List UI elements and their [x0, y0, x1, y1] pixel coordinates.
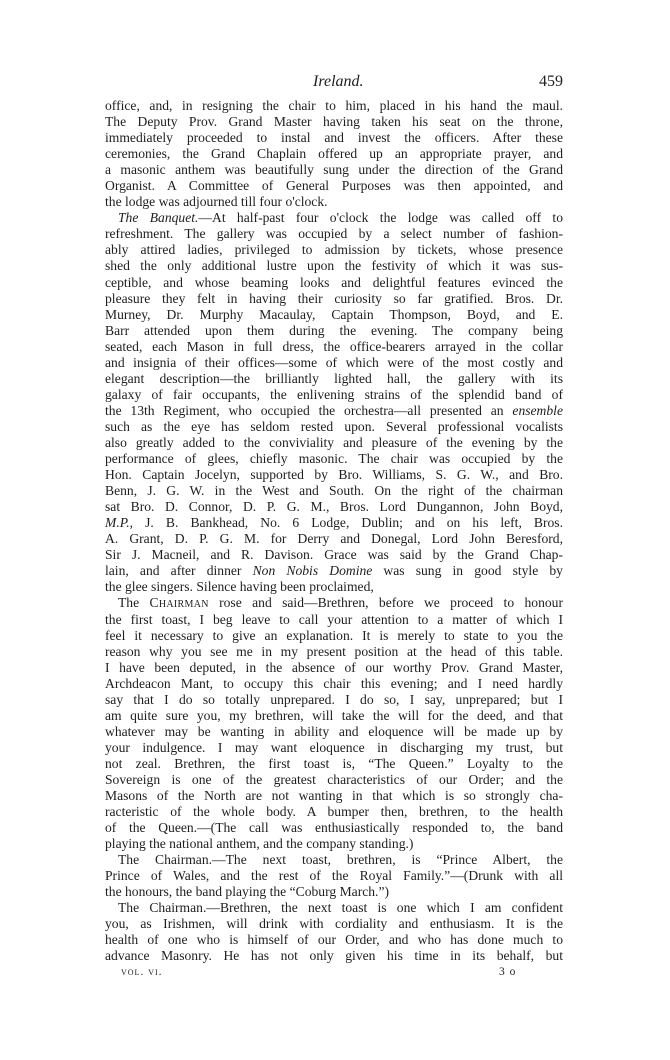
text-line: The Chairman.—Brethren, the next toast i…	[105, 900, 563, 916]
text-segment: shed the only additional lustre upon the…	[105, 258, 563, 273]
text-line: M.P., J. B. Bankhead, No. 6 Lodge, Dubli…	[105, 515, 563, 531]
text-line: performance of glees, chiefly masonic. T…	[105, 451, 563, 467]
text-line: office, and, in resigning the chair to h…	[105, 98, 563, 114]
book-page: Ireland. 459 office, and, in resigning t…	[105, 73, 563, 982]
text-line: the first toast, I beg leave to call you…	[105, 612, 563, 628]
text-line: ceremonies, the Grand Chaplain offered u…	[105, 146, 563, 162]
text-line: also greatly added to the conviviality a…	[105, 435, 563, 451]
text-segment: refreshment. The gallery was occupied by…	[105, 226, 563, 241]
italic-word: ensemble	[512, 403, 563, 418]
text-line: The Deputy Prov. Grand Master having tak…	[105, 114, 563, 130]
text-segment: rose and said—Brethren, before we procee…	[209, 595, 563, 610]
text-line: Sir J. Macneil, and R. Davison. Grace wa…	[105, 547, 563, 563]
text-segment: The Deputy Prov. Grand Master having tak…	[105, 114, 563, 129]
text-line: shed the only additional lustre upon the…	[105, 258, 563, 274]
text-segment: racteristic of the whole body. A bumper …	[105, 804, 563, 819]
page-footer: vol. vi. 3 o	[105, 966, 563, 982]
text-segment: the honours, the band playing the “Cobur…	[105, 884, 389, 899]
text-segment: playing the national anthem, and the com…	[105, 836, 413, 851]
text-segment: Barr attended upon them during the eveni…	[105, 323, 563, 338]
text-line: Murney, Dr. Murphy Macaulay, Captain Tho…	[105, 307, 563, 323]
italic-phrase: Non Nobis Domine	[253, 563, 373, 578]
text-segment: reason why you see me in my present posi…	[105, 644, 563, 659]
text-segment: feel it necessary to give an explanation…	[105, 628, 563, 643]
text-segment: the first toast, I beg leave to call you…	[105, 612, 563, 627]
page-number: 459	[539, 73, 563, 91]
text-segment: am quite sure you, my brethren, will tak…	[105, 708, 563, 723]
text-line: I have been deputed, in the absence of o…	[105, 660, 563, 676]
text-line: the glee singers. Silence having been pr…	[105, 579, 563, 595]
text-line: Sovereign is one of the greatest charact…	[105, 772, 563, 788]
text-segment: health of one who is himself of our Orde…	[105, 932, 563, 947]
text-segment: Benn, J. G. W. in the West and South. On…	[105, 483, 563, 498]
volume-label: vol. vi.	[121, 966, 163, 978]
text-segment: ceremonies, the Grand Chaplain offered u…	[105, 146, 563, 161]
text-line: A. Grant, D. P. G. M. for Derry and Done…	[105, 531, 563, 547]
text-segment: galaxy of fair occupants, the enlivening…	[105, 387, 563, 402]
text-segment: also greatly added to the conviviality a…	[105, 435, 563, 450]
text-segment: Organist. A Committee of General Purpose…	[105, 178, 563, 193]
text-segment: Murney, Dr. Murphy Macaulay, Captain Tho…	[105, 307, 563, 322]
text-segment: The Chairman.—The next toast, brethren, …	[118, 852, 563, 867]
italic-lead: The Banquet.	[118, 210, 198, 225]
text-line: playing the national anthem, and the com…	[105, 836, 563, 852]
text-segment: whatever may be wanting in ability and e…	[105, 724, 563, 739]
text-line: Benn, J. G. W. in the West and South. On…	[105, 483, 563, 499]
text-segment: A. Grant, D. P. G. M. for Derry and Done…	[105, 531, 563, 546]
text-segment: pleasure they felt in having their curio…	[105, 291, 563, 306]
text-line: say that I do so totally unprepared. I d…	[105, 692, 563, 708]
text-line: reason why you see me in my present posi…	[105, 644, 563, 660]
text-line: lain, and after dinner Non Nobis Domine …	[105, 563, 563, 579]
text-line: seated, each Mason in full dress, the of…	[105, 339, 563, 355]
text-segment: of the Queen.—(The call was enthusiastic…	[105, 820, 563, 835]
text-segment: , J. B. Bankhead, No. 6 Lodge, Dublin; a…	[130, 515, 563, 530]
text-segment: —At half-past four o'clock the lodge was…	[198, 210, 563, 225]
text-segment: office, and, in resigning the chair to h…	[105, 98, 563, 113]
text-segment: you, as Irishmen, will drink with cordia…	[105, 916, 563, 931]
text-segment: ably attired ladies, privileged to admis…	[105, 242, 563, 257]
text-line: galaxy of fair occupants, the enlivening…	[105, 387, 563, 403]
text-line: whatever may be wanting in ability and e…	[105, 724, 563, 740]
text-segment: was sung in good style by	[372, 563, 563, 578]
text-segment: a masonic anthem was beautifully sung un…	[105, 162, 563, 177]
text-segment: your indulgence. I may want eloquence in…	[105, 740, 563, 755]
signature-mark: 3 o	[499, 966, 516, 978]
text-line: your indulgence. I may want eloquence in…	[105, 740, 563, 756]
text-line: a masonic anthem was beautifully sung un…	[105, 162, 563, 178]
text-line: pleasure they felt in having their curio…	[105, 291, 563, 307]
text-line: The Chairman rose and said—Brethren, bef…	[105, 595, 563, 611]
text-segment: Sir J. Macneil, and R. Davison. Grace wa…	[105, 547, 563, 562]
text-segment: Hon. Captain Jocelyn, supported by Bro. …	[105, 467, 563, 482]
text-line: and insignia of their offices—some of wh…	[105, 355, 563, 371]
text-line: racteristic of the whole body. A bumper …	[105, 804, 563, 820]
text-segment: advance Masonry. He has not only given h…	[105, 948, 563, 963]
text-line: Organist. A Committee of General Purpose…	[105, 178, 563, 194]
text-line: of the Queen.—(The call was enthusiastic…	[105, 820, 563, 836]
text-line: Prince of Wales, and the rest of the Roy…	[105, 868, 563, 884]
body-text: office, and, in resigning the chair to h…	[105, 98, 563, 965]
text-line: elegant description—the brilliantly ligh…	[105, 371, 563, 387]
text-segment: the glee singers. Silence having been pr…	[105, 579, 374, 594]
text-line: The Chairman.—The next toast, brethren, …	[105, 852, 563, 868]
text-line: ably attired ladies, privileged to admis…	[105, 242, 563, 258]
text-segment: Prince of Wales, and the rest of the Roy…	[105, 868, 563, 883]
text-segment: not zeal. Brethren, the first toast is, …	[105, 756, 563, 771]
text-line: you, as Irishmen, will drink with cordia…	[105, 916, 563, 932]
text-segment: Archdeacon Mant, to occupy this chair th…	[105, 676, 563, 691]
text-line: not zeal. Brethren, the first toast is, …	[105, 756, 563, 772]
text-line: am quite sure you, my brethren, will tak…	[105, 708, 563, 724]
text-segment: elegant description—the brilliantly ligh…	[105, 371, 563, 386]
text-segment: I have been deputed, in the absence of o…	[105, 660, 563, 675]
text-segment: lain, and after dinner	[105, 563, 253, 578]
text-line: The Banquet.—At half-past four o'clock t…	[105, 210, 563, 226]
running-header: Ireland. 459	[105, 73, 563, 95]
text-segment: performance of glees, chiefly masonic. T…	[105, 451, 563, 466]
text-line: Archdeacon Mant, to occupy this chair th…	[105, 676, 563, 692]
text-line: advance Masonry. He has not only given h…	[105, 948, 563, 964]
text-line: immediately proceeded to instal and inve…	[105, 130, 563, 146]
text-segment: ceptible, and whose beaming looks and de…	[105, 275, 563, 290]
text-line: feel it necessary to give an explanation…	[105, 628, 563, 644]
text-segment: say that I do so totally unprepared. I d…	[105, 692, 563, 707]
text-segment: the 13th Regiment, who occupied the orch…	[105, 403, 504, 418]
text-line: Barr attended upon them during the eveni…	[105, 323, 563, 339]
text-segment: seated, each Mason in full dress, the of…	[105, 339, 563, 354]
running-title: Ireland.	[313, 73, 364, 91]
text-segment: Sovereign is one of the greatest charact…	[105, 772, 563, 787]
text-segment: sat Bro. D. Connor, D. P. G. M., Bros. L…	[105, 499, 563, 514]
small-caps-name: Chairman	[150, 595, 209, 610]
text-segment: and insignia of their offices—some of wh…	[105, 355, 563, 370]
text-segment: The Chairman.—Brethren, the next toast i…	[118, 900, 563, 915]
text-line: health of one who is himself of our Orde…	[105, 932, 563, 948]
text-line: sat Bro. D. Connor, D. P. G. M., Bros. L…	[105, 499, 563, 515]
text-line: ceptible, and whose beaming looks and de…	[105, 275, 563, 291]
text-line: Hon. Captain Jocelyn, supported by Bro. …	[105, 467, 563, 483]
text-segment: immediately proceeded to instal and inve…	[105, 130, 563, 145]
text-line: Masons of the North are not wanting in t…	[105, 788, 563, 804]
italic-lead: M.P.	[105, 515, 130, 530]
text-segment: such as the eye has seldom rested upon. …	[105, 419, 563, 434]
text-line: the lodge was adjourned till four o'cloc…	[105, 194, 563, 210]
text-segment: the lodge was adjourned till four o'cloc…	[105, 194, 328, 209]
text-line: the 13th Regiment, who occupied the orch…	[105, 403, 563, 419]
text-segment: The	[118, 595, 150, 610]
text-line: the honours, the band playing the “Cobur…	[105, 884, 563, 900]
text-segment: Masons of the North are not wanting in t…	[105, 788, 563, 803]
text-line: refreshment. The gallery was occupied by…	[105, 226, 563, 242]
text-line: such as the eye has seldom rested upon. …	[105, 419, 563, 435]
